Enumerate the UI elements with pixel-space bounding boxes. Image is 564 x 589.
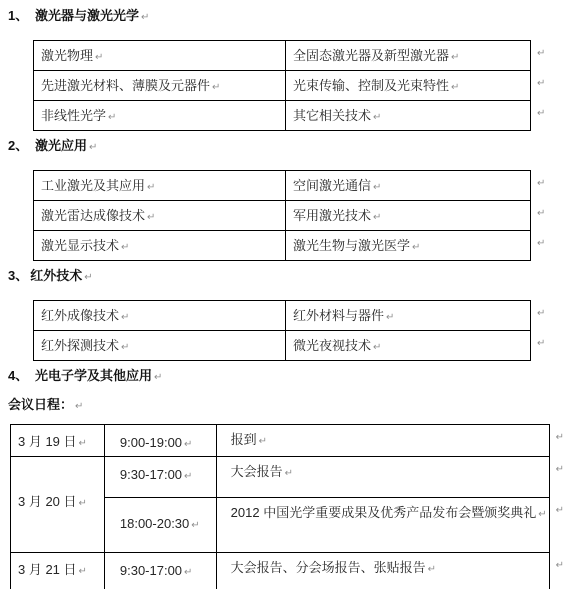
pilcrow-mark: ↵: [537, 338, 545, 349]
row-end-mark: ↵: [535, 330, 545, 360]
pilcrow-mark: ↵: [538, 509, 546, 520]
cell-text: 工业激光及其应用: [41, 178, 145, 193]
table-row: 3 月 21 日↵ 9:30-17:00↵ 大会报告、分会场报告、张贴报告↵: [11, 553, 550, 589]
pilcrow-mark: ↵: [451, 52, 459, 63]
pilcrow-mark: ↵: [121, 312, 129, 323]
row-end-mark: ↵: [554, 456, 564, 497]
section-number: 4、: [8, 368, 35, 383]
schedule-heading-text: 会议日程：: [8, 397, 73, 412]
cell-text: 9:30-17:00: [120, 563, 182, 578]
schedule-event-cell: 报到↵: [216, 425, 549, 457]
topics-table-2-wrap: 工业激光及其应用↵ 空间激光通信↵ 激光雷达成像技术↵ 军用激光技术↵ 激光显示…: [33, 170, 564, 261]
pilcrow-mark: ↵: [451, 82, 459, 93]
pilcrow-mark: ↵: [373, 182, 381, 193]
cell-text: 9:00-19:00: [120, 435, 182, 450]
topic-cell: 红外材料与器件↵: [286, 301, 531, 331]
pilcrow-mark: ↵: [121, 242, 129, 253]
section-1-heading: 1、激光器与激光光学↵: [8, 8, 564, 25]
cell-text: 2012 中国光学重要成果及优秀产品发布会暨颁奖典礼: [231, 505, 537, 520]
row-end-mark: ↵: [535, 40, 545, 70]
topic-cell: 军用激光技术↵: [286, 201, 531, 231]
topics-table-1-wrap: 激光物理↵ 全固态激光器及新型激光器↵ 先进激光材料、薄膜及元器件↵ 光束传输、…: [33, 40, 564, 131]
section-4-heading: 4、光电子学及其他应用↵: [8, 368, 564, 385]
cell-text: 全固态激光器及新型激光器: [293, 48, 449, 63]
cell-text: 9:30-17:00: [120, 467, 182, 482]
cell-text: 3 月 19 日: [18, 434, 77, 449]
schedule-event-cell: 大会报告、分会场报告、张贴报告↵: [216, 553, 549, 589]
cell-text: 激光雷达成像技术: [41, 208, 145, 223]
section-title: 光电子学及其他应用: [35, 368, 152, 383]
schedule-time-cell: 9:00-19:00↵: [104, 425, 216, 457]
section-title: 红外技术: [30, 268, 82, 283]
row-end-marks: ↵ ↵ ↵ ↵: [554, 424, 564, 589]
table-row: 激光雷达成像技术↵ 军用激光技术↵: [34, 201, 531, 231]
topic-cell: 微光夜视技术↵: [286, 331, 531, 361]
pilcrow-mark: ↵: [537, 108, 545, 119]
topic-cell: 红外成像技术↵: [34, 301, 286, 331]
schedule-table: 3 月 19 日↵ 9:00-19:00↵ 报到↵ 3 月 20 日↵ 9:30…: [10, 424, 550, 589]
table-row: 非线性光学↵ 其它相关技术↵: [34, 101, 531, 131]
schedule-event-cell: 大会报告↵: [216, 457, 549, 498]
row-end-mark: ↵: [554, 424, 564, 456]
row-end-mark: ↵: [535, 200, 545, 230]
schedule-date-cell: 3 月 20 日↵: [11, 457, 105, 553]
topics-table-1: 激光物理↵ 全固态激光器及新型激光器↵ 先进激光材料、薄膜及元器件↵ 光束传输、…: [33, 40, 531, 131]
pilcrow-mark: ↵: [537, 48, 545, 59]
document-page: { "document": { "pilcrow": "↵", "colors"…: [0, 0, 564, 589]
topic-cell: 空间激光通信↵: [286, 171, 531, 201]
topics-table-3: 红外成像技术↵ 红外材料与器件↵ 红外探测技术↵ 微光夜视技术↵: [33, 300, 531, 361]
topic-cell: 激光雷达成像技术↵: [34, 201, 286, 231]
cell-text: 3 月 20 日: [18, 494, 77, 509]
pilcrow-mark: ↵: [259, 436, 267, 447]
row-end-mark: ↵: [535, 100, 545, 130]
cell-text: 激光生物与激光医学: [293, 238, 410, 253]
pilcrow-mark: ↵: [141, 12, 149, 23]
topic-cell: 红外探测技术↵: [34, 331, 286, 361]
section-number: 1、: [8, 8, 35, 23]
schedule-date-cell: 3 月 21 日↵: [11, 553, 105, 589]
pilcrow-mark: ↵: [79, 498, 87, 509]
pilcrow-mark: ↵: [108, 112, 116, 123]
schedule-date-cell: 3 月 19 日↵: [11, 425, 105, 457]
topic-cell: 激光显示技术↵: [34, 231, 286, 261]
row-end-mark: ↵: [535, 230, 545, 260]
cell-text: 光束传输、控制及光束特性: [293, 78, 449, 93]
pilcrow-mark: ↵: [373, 112, 381, 123]
table-row: 工业激光及其应用↵ 空间激光通信↵: [34, 171, 531, 201]
row-end-mark: ↵: [554, 552, 564, 589]
row-end-marks: ↵ ↵ ↵: [535, 40, 545, 130]
pilcrow-mark: ↵: [556, 560, 564, 571]
schedule-time-cell: 9:30-17:00↵: [104, 457, 216, 498]
pilcrow-mark: ↵: [75, 401, 83, 412]
section-title: 激光应用: [35, 138, 87, 153]
topic-cell: 先进激光材料、薄膜及元器件↵: [34, 71, 286, 101]
pilcrow-mark: ↵: [84, 272, 92, 283]
row-end-marks: ↵ ↵ ↵: [535, 170, 545, 260]
schedule-heading: 会议日程：↵: [8, 397, 564, 414]
table-row: 红外成像技术↵ 红外材料与器件↵: [34, 301, 531, 331]
row-end-mark: ↵: [535, 70, 545, 100]
pilcrow-mark: ↵: [184, 567, 192, 578]
topics-table-2: 工业激光及其应用↵ 空间激光通信↵ 激光雷达成像技术↵ 军用激光技术↵ 激光显示…: [33, 170, 531, 261]
row-end-mark: ↵: [535, 170, 545, 200]
cell-text: 非线性光学: [41, 108, 106, 123]
section-2-heading: 2、激光应用↵: [8, 138, 564, 155]
pilcrow-mark: ↵: [212, 82, 220, 93]
topic-cell: 非线性光学↵: [34, 101, 286, 131]
topic-cell: 光束传输、控制及光束特性↵: [286, 71, 531, 101]
topic-cell: 全固态激光器及新型激光器↵: [286, 41, 531, 71]
section-number: 3、: [8, 268, 28, 283]
pilcrow-mark: ↵: [373, 342, 381, 353]
table-row: 激光显示技术↵ 激光生物与激光医学↵: [34, 231, 531, 261]
cell-text: 红外成像技术: [41, 308, 119, 323]
pilcrow-mark: ↵: [412, 242, 420, 253]
pilcrow-mark: ↵: [154, 372, 162, 383]
topic-cell: 激光物理↵: [34, 41, 286, 71]
pilcrow-mark: ↵: [95, 52, 103, 63]
row-end-mark: ↵: [554, 497, 564, 552]
cell-text: 18:00-20:30: [120, 516, 189, 531]
cell-text: 大会报告: [231, 464, 283, 479]
cell-text: 激光显示技术: [41, 238, 119, 253]
topic-cell: 工业激光及其应用↵: [34, 171, 286, 201]
cell-text: 报到: [231, 432, 257, 447]
pilcrow-mark: ↵: [147, 182, 155, 193]
schedule-event-cell: 2012 中国光学重要成果及优秀产品发布会暨颁奖典礼↵: [216, 498, 549, 553]
pilcrow-mark: ↵: [373, 212, 381, 223]
cell-text: 其它相关技术: [293, 108, 371, 123]
topic-cell: 其它相关技术↵: [286, 101, 531, 131]
schedule-time-cell: 18:00-20:30↵: [104, 498, 216, 553]
cell-text: 空间激光通信: [293, 178, 371, 193]
table-row: 3 月 20 日↵ 9:30-17:00↵ 大会报告↵: [11, 457, 550, 498]
topic-cell: 激光生物与激光医学↵: [286, 231, 531, 261]
pilcrow-mark: ↵: [184, 471, 192, 482]
pilcrow-mark: ↵: [184, 439, 192, 450]
table-row: 先进激光材料、薄膜及元器件↵ 光束传输、控制及光束特性↵: [34, 71, 531, 101]
pilcrow-mark: ↵: [537, 178, 545, 189]
row-end-marks: ↵ ↵: [535, 300, 545, 360]
pilcrow-mark: ↵: [537, 78, 545, 89]
pilcrow-mark: ↵: [428, 564, 436, 575]
pilcrow-mark: ↵: [121, 342, 129, 353]
pilcrow-mark: ↵: [79, 566, 87, 577]
pilcrow-mark: ↵: [537, 308, 545, 319]
pilcrow-mark: ↵: [147, 212, 155, 223]
pilcrow-mark: ↵: [537, 208, 545, 219]
cell-text: 微光夜视技术: [293, 338, 371, 353]
cell-text: 3 月 21 日: [18, 562, 77, 577]
pilcrow-mark: ↵: [285, 468, 293, 479]
section-3-heading: 3、红外技术↵: [8, 268, 564, 285]
cell-text: 大会报告、分会场报告、张贴报告: [231, 560, 426, 575]
table-row: 激光物理↵ 全固态激光器及新型激光器↵: [34, 41, 531, 71]
schedule-table-wrap: 3 月 19 日↵ 9:00-19:00↵ 报到↵ 3 月 20 日↵ 9:30…: [10, 424, 564, 589]
pilcrow-mark: ↵: [556, 505, 564, 516]
cell-text: 激光物理: [41, 48, 93, 63]
cell-text: 先进激光材料、薄膜及元器件: [41, 78, 210, 93]
topics-table-3-wrap: 红外成像技术↵ 红外材料与器件↵ 红外探测技术↵ 微光夜视技术↵ ↵ ↵: [33, 300, 564, 361]
table-row: 红外探测技术↵ 微光夜视技术↵: [34, 331, 531, 361]
pilcrow-mark: ↵: [556, 464, 564, 475]
pilcrow-mark: ↵: [79, 438, 87, 449]
cell-text: 红外探测技术: [41, 338, 119, 353]
section-number: 2、: [8, 138, 35, 153]
row-end-mark: ↵: [535, 300, 545, 330]
cell-text: 红外材料与器件: [293, 308, 384, 323]
cell-text: 军用激光技术: [293, 208, 371, 223]
table-row: 3 月 19 日↵ 9:00-19:00↵ 报到↵: [11, 425, 550, 457]
schedule-time-cell: 9:30-17:00↵: [104, 553, 216, 589]
pilcrow-mark: ↵: [386, 312, 394, 323]
pilcrow-mark: ↵: [537, 238, 545, 249]
section-title: 激光器与激光光学: [35, 8, 139, 23]
pilcrow-mark: ↵: [89, 142, 97, 153]
pilcrow-mark: ↵: [191, 520, 199, 531]
pilcrow-mark: ↵: [556, 432, 564, 443]
